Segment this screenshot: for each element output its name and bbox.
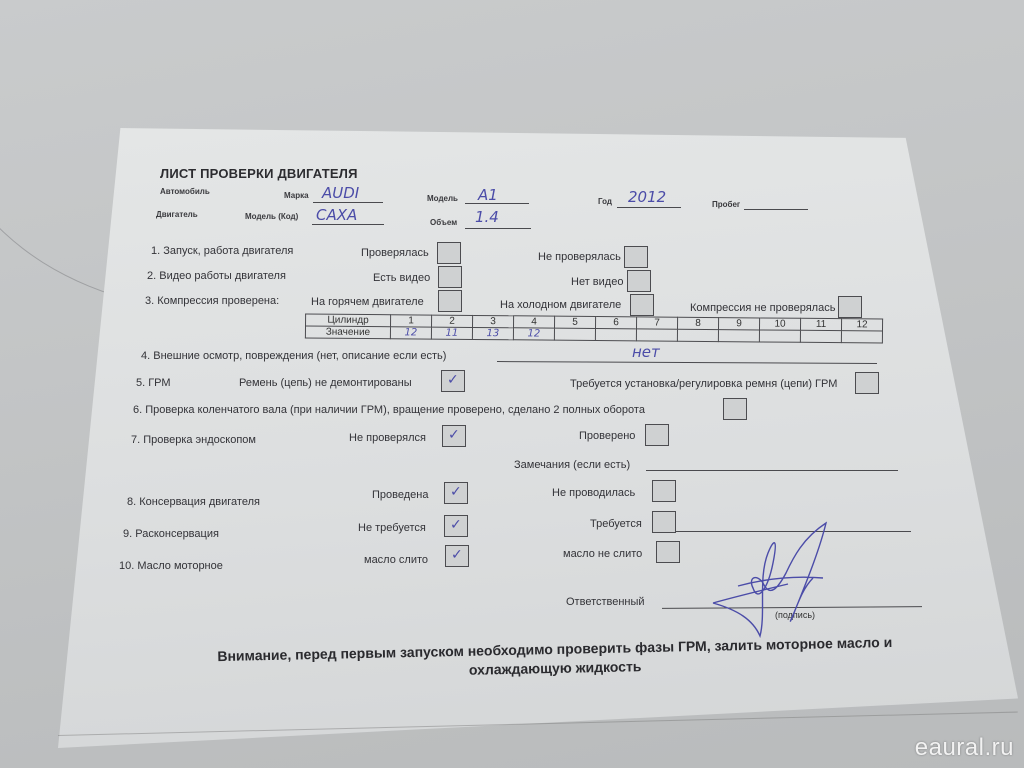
responsible-label: Ответственный	[566, 596, 645, 608]
item-1-opt-1-checkbox[interactable]	[437, 242, 461, 264]
cylinder-number: 7	[636, 317, 677, 329]
compression-value[interactable]	[800, 330, 841, 342]
compression-value[interactable]	[841, 331, 882, 343]
item-5-opt-1-checkbox[interactable]: ✓	[441, 370, 465, 392]
item-9-opt-2-checkbox[interactable]	[652, 511, 676, 533]
item-9-opt-1-checkbox[interactable]: ✓	[444, 515, 468, 537]
item-1-opt-2-label: Не проверялась	[538, 251, 621, 263]
item-8-opt-1-label: Проведена	[372, 489, 428, 501]
item-8-opt-1-checkbox[interactable]: ✓	[444, 482, 468, 504]
checkmark-icon: ✓	[450, 484, 462, 500]
watermark: eaural.ru	[915, 734, 1014, 762]
item-10-label: 10. Масло моторное	[119, 560, 223, 572]
model-value[interactable]: A1	[478, 186, 498, 204]
volume-value[interactable]: 1.4	[475, 208, 499, 226]
checkmark-icon: ✓	[451, 547, 463, 563]
item-7-opt-2-label: Проверено	[579, 430, 635, 442]
car-label: Автомобиль	[160, 187, 210, 196]
item-8-opt-2-checkbox[interactable]	[652, 480, 676, 502]
item-3-opt-2-label: На холодном двигателе	[500, 299, 621, 311]
item-2-opt-1-checkbox[interactable]	[438, 266, 462, 288]
item-10-opt-1-label: масло слито	[364, 554, 428, 566]
engine-label: Двигатель	[156, 210, 198, 219]
item-7-opt-2-checkbox[interactable]	[645, 424, 669, 446]
item-3-opt-1-label: На горячем двигателе	[311, 296, 424, 308]
item-4-value[interactable]: нет	[632, 343, 660, 361]
item-9-label: 9. Расконсервация	[123, 528, 219, 540]
item-7-label: 7. Проверка эндоскопом	[131, 434, 256, 446]
remarks-label: Замечания (если есть)	[514, 459, 630, 471]
item-10-opt-1-checkbox[interactable]: ✓	[445, 545, 469, 567]
item-2-opt-2-checkbox[interactable]	[627, 270, 651, 292]
cylinder-number: 12	[841, 319, 882, 331]
item-1-opt-2-checkbox[interactable]	[624, 246, 648, 268]
make-underline	[313, 202, 383, 203]
cylinder-number: 4	[514, 316, 555, 328]
cylinder-number: 3	[473, 315, 514, 327]
item-3-label: 3. Компрессия проверена:	[145, 295, 279, 307]
checkmark-icon: ✓	[450, 517, 462, 533]
cylinder-number: 10	[759, 318, 800, 330]
form-title: ЛИСТ ПРОВЕРКИ ДВИГАТЕЛЯ	[160, 166, 358, 181]
item-1-label: 1. Запуск, работа двигателя	[151, 245, 293, 257]
item-6-label: 6. Проверка коленчатого вала (при наличи…	[133, 404, 645, 416]
item-9-opt-1-label: Не требуется	[358, 522, 426, 534]
item-5-label: 5. ГРМ	[136, 377, 171, 389]
model-underline	[465, 203, 529, 204]
make-label: Марка	[284, 191, 309, 200]
item-8-opt-2-label: Не проводилась	[552, 487, 635, 499]
engine-code-value[interactable]: CAXA	[316, 206, 357, 224]
volume-underline	[465, 228, 531, 229]
checkmark-icon: ✓	[447, 372, 459, 388]
item-2-opt-2-label: Нет видео	[571, 276, 623, 288]
engine-code-underline	[312, 224, 384, 225]
compression-value[interactable]	[554, 328, 595, 340]
cylinder-number: 9	[718, 318, 759, 330]
engine-code-label: Модель (Код)	[245, 212, 298, 221]
item-6-checkbox[interactable]	[723, 398, 747, 420]
mileage-label: Пробег	[712, 200, 740, 209]
item-5-opt-2-checkbox[interactable]	[855, 372, 879, 394]
item-4-label: 4. Внешние осмотр, повреждения (нет, опи…	[141, 350, 446, 362]
compression-table: Цилиндр 1 2 3 4 5 6 7 8 9 10 11 12 Значе…	[305, 313, 883, 343]
cylinder-number: 6	[595, 317, 636, 329]
cylinder-number: 5	[555, 316, 596, 328]
item-10-opt-2-checkbox[interactable]	[656, 541, 680, 563]
item-3-opt-3-checkbox[interactable]	[838, 296, 862, 318]
item-5-opt-2-label: Требуется установка/регулировка ремня (ц…	[570, 378, 837, 390]
model-label: Модель	[427, 194, 458, 203]
cylinder-row-header: Цилиндр	[306, 314, 391, 327]
cylinder-number: 8	[677, 317, 718, 329]
volume-label: Объем	[430, 218, 457, 227]
compression-value[interactable]	[718, 330, 759, 342]
year-label: Год	[598, 197, 612, 206]
compression-value[interactable]: 11	[431, 327, 472, 339]
compression-value[interactable]	[636, 329, 677, 341]
item-2-label: 2. Видео работы двигателя	[147, 270, 286, 282]
year-underline	[617, 207, 681, 208]
compression-value[interactable]: 13	[472, 327, 513, 339]
item-1-opt-1-label: Проверялась	[361, 247, 429, 259]
item-7-opt-1-checkbox[interactable]: ✓	[442, 425, 466, 447]
item-9-opt-2-label: Требуется	[590, 518, 642, 530]
make-value[interactable]: AUDI	[322, 184, 359, 202]
item-8-label: 8. Консервация двигателя	[127, 496, 260, 508]
item-2-opt-1-label: Есть видео	[373, 272, 430, 284]
value-row-header: Значение	[305, 326, 390, 339]
item-3-opt-3-label: Компрессия не проверялась	[690, 302, 835, 314]
cylinder-number: 2	[432, 315, 473, 327]
compression-value[interactable]: 12	[513, 328, 554, 340]
signature-scribble-icon	[708, 518, 838, 640]
cylinder-number: 11	[800, 318, 841, 330]
item-10-opt-2-label: масло не слито	[563, 548, 642, 560]
remarks-field[interactable]	[646, 470, 898, 471]
item-7-opt-1-label: Не проверялся	[349, 432, 426, 444]
item-3-opt-1-checkbox[interactable]	[438, 290, 462, 312]
compression-value[interactable]	[677, 329, 718, 341]
compression-value[interactable]	[595, 329, 636, 341]
cylinder-number: 1	[391, 315, 432, 327]
year-value[interactable]: 2012	[628, 188, 666, 206]
item-5-opt-1-label: Ремень (цепь) не демонтированы	[239, 377, 412, 389]
item-3-opt-2-checkbox[interactable]	[630, 294, 654, 316]
mileage-field[interactable]	[744, 209, 808, 210]
compression-value[interactable]: 12	[390, 327, 431, 339]
compression-value[interactable]	[759, 330, 800, 342]
checkmark-icon: ✓	[448, 427, 460, 443]
